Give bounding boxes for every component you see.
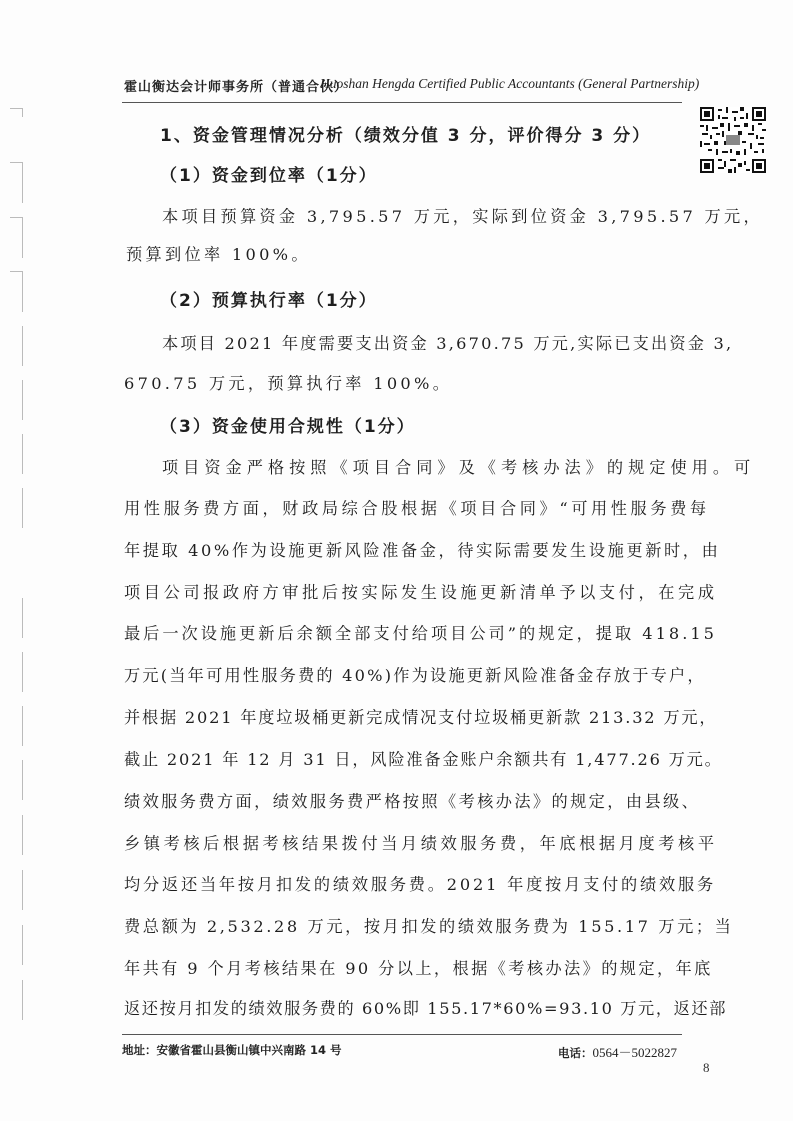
- binder-mark: [10, 652, 23, 692]
- subsection-title-2: （2）预算执行率（1分）: [160, 286, 378, 311]
- paragraph-line: 最后一次设施更新后余额全部支付给项目公司”的规定，提取 418.15: [124, 620, 717, 644]
- footer-address-value: 安徽省霍山县衡山镇中兴南路 14 号: [157, 1043, 342, 1057]
- footer-address: 地址：安徽省霍山县衡山镇中兴南路 14 号: [122, 1042, 342, 1058]
- binder-mark: [10, 162, 23, 203]
- paragraph-line: 截止 2021 年 12 月 31 日，风险准备金账户余额共有 1,477.26…: [124, 746, 723, 770]
- paragraph-line: 本项目预算资金 3,795.57 万元，实际到位资金 3,795.57 万元，: [162, 203, 763, 227]
- footer-rule: [122, 1034, 682, 1035]
- paragraph-line: 年提取 40%作为设施更新风险准备金，待实际需要发生设施更新时，由: [124, 537, 720, 561]
- binder-mark: [10, 217, 23, 258]
- paragraph-line: 返还按月扣发的绩效服务费的 60%即 155.17*60%=93.10 万元，返…: [124, 995, 727, 1019]
- binder-mark: [10, 598, 23, 638]
- paragraph-line: 乡镇考核后根据考核结果拨付当月绩效服务费，年底根据月度考核平: [124, 830, 718, 854]
- paragraph-line: 均分返还当年按月扣发的绩效服务费。2021 年度按月支付的绩效服务: [124, 871, 716, 895]
- header-firm-name-en: Huoshan Hengda Certified Public Accounta…: [320, 76, 699, 92]
- header-rule: [122, 102, 682, 103]
- binder-mark: [10, 870, 23, 910]
- binder-mark: [10, 434, 23, 474]
- qr-code-icon: [700, 107, 766, 173]
- binder-mark: [10, 760, 23, 800]
- footer-phone-value: 0564－5022827: [593, 1045, 678, 1060]
- paragraph-line: 项目资金严格按照《项目合同》及《考核办法》的规定使用。可: [162, 454, 755, 478]
- binder-mark: [10, 925, 23, 965]
- binder-mark: [10, 271, 23, 312]
- paragraph-line: 并根据 2021 年度垃圾桶更新完成情况支付垃圾桶更新款 213.32 万元，: [124, 704, 717, 728]
- paragraph-line: 年共有 9 个月考核结果在 90 分以上，根据《考核办法》的规定，年底: [124, 955, 713, 979]
- footer-phone-label: 电话：: [558, 1046, 593, 1060]
- paragraph-line: 670.75 万元，预算执行率 100%。: [124, 370, 452, 394]
- binder-mark: [10, 980, 23, 1020]
- header-firm-name-cn: 霍山衡达会计师事务所（普通合伙）: [124, 76, 348, 95]
- binder-mark: [10, 326, 23, 366]
- paragraph-line: 预算到位率 100%。: [126, 241, 311, 265]
- binder-mark: [10, 815, 23, 855]
- paragraph-line: 万元(当年可用性服务费的 40%)作为设施更新风险准备金存放于专户，: [124, 662, 706, 686]
- paragraph-line: 费总额为 2,532.28 万元，按月扣发的绩效服务费为 155.17 万元；当: [124, 913, 733, 937]
- subsection-title-3: （3）资金使用合规性（1分）: [160, 412, 416, 437]
- paragraph-line: 项目公司报政府方审批后按实际发生设施更新清单予以支付，在完成: [124, 579, 718, 603]
- paragraph-line: 绩效服务费方面，绩效服务费严格按照《考核办法》的规定，由县级、: [124, 788, 700, 812]
- binder-mark: [10, 488, 23, 528]
- binder-mark: [10, 380, 23, 420]
- subsection-title-1: （1）资金到位率（1分）: [160, 161, 378, 186]
- paragraph-line: 本项目 2021 年度需要支出资金 3,670.75 万元,实际已支出资金 3,: [162, 330, 733, 354]
- binder-mark: [10, 108, 23, 117]
- binder-mark: [10, 706, 23, 746]
- footer-address-label: 地址：: [122, 1043, 157, 1057]
- page-number: 8: [703, 1060, 710, 1076]
- paragraph-line: 用性服务费方面，财政局综合股根据《项目合同》“可用性服务费每: [124, 495, 710, 519]
- section-title: 1、资金管理情况分析（绩效分值 3 分，评价得分 3 分）: [160, 121, 651, 146]
- footer-phone: 电话：0564－5022827: [558, 1042, 677, 1061]
